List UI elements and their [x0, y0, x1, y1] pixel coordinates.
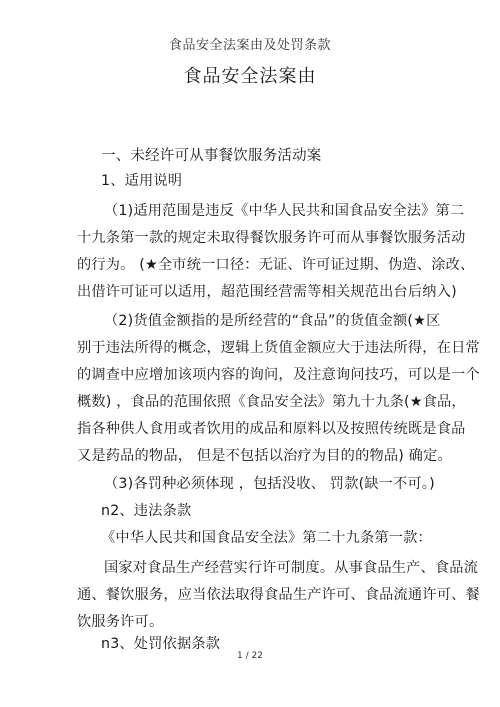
paragraph-2-line-2: 别于违法所得的概念，逻辑上货值金额应大于违法所得，在日常 — [77, 337, 480, 357]
law-citation: 《中华人民共和国食品安全法》第二十九条第一款： — [101, 527, 432, 547]
paragraph-4-line-1: 国家对食品生产经营实行许可制度。从事食品生产、食品流 — [104, 557, 478, 577]
subsection-heading-violated-clause: n2、违法条款 — [101, 500, 191, 520]
section-heading: 一、未经许可从事餐饮服务活动案 — [101, 144, 322, 165]
page-number: 1 / 22 — [0, 651, 500, 661]
paragraph-4-line-3: 饮服务许可。 — [77, 611, 163, 631]
document-page: 食品安全法案由及处罚条款 食品安全法案由 一、未经许可从事餐饮服务活动案 1、适… — [0, 0, 500, 707]
running-header: 食品安全法案由及处罚条款 — [0, 34, 500, 53]
paragraph-2-line-5: 指各种供人食用或者饮用的成品和原料以及按照传统既是食品 — [77, 418, 465, 438]
paragraph-2-line-6: 又是药品的物品， 但是不包括以治疗为目的的物品) 确定。 — [77, 445, 452, 465]
subsection-heading-penalty-basis: n3、处罚依据条款 — [101, 633, 220, 653]
paragraph-1-line-2: 十九条第一款的规定未取得餐饮服务许可而从事餐饮服务活动 — [77, 227, 465, 247]
paragraph-2-line-4: 概数) ，食品的范围依照《食品安全法》第九十九条(★食品， — [77, 391, 466, 411]
paragraph-2-line-1: （2)货值金额指的是所经营的“食品”的货值金额(★区 — [104, 310, 440, 330]
paragraph-3-line-1: （3)各罚种必须体现 ，包括没收、 罚款(缺一不可。) — [104, 473, 435, 493]
paragraph-2-line-3: 的调查中应增加该项内容的询问，及注意询问技巧，可以是一个 — [77, 364, 480, 384]
document-title: 食品安全法案由 — [0, 62, 500, 88]
paragraph-4-line-2: 通、餐饮服务，应当依法取得食品生产许可、食品流通许可、餐 — [77, 584, 480, 604]
subsection-heading-usage-notes: 1、适用说明 — [101, 170, 182, 190]
paragraph-1-line-1: （1)适用范围是违反《中华人民共和国食品安全法》第二 — [104, 200, 464, 220]
paragraph-1-line-4: 出借许可证可以适用，超范围经营需等相关规范出台后纳入) — [77, 281, 457, 301]
paragraph-1-line-3: 的行为。 (★全市统一口径：无证、许可证过期、伪造、涂改、 — [77, 254, 474, 274]
